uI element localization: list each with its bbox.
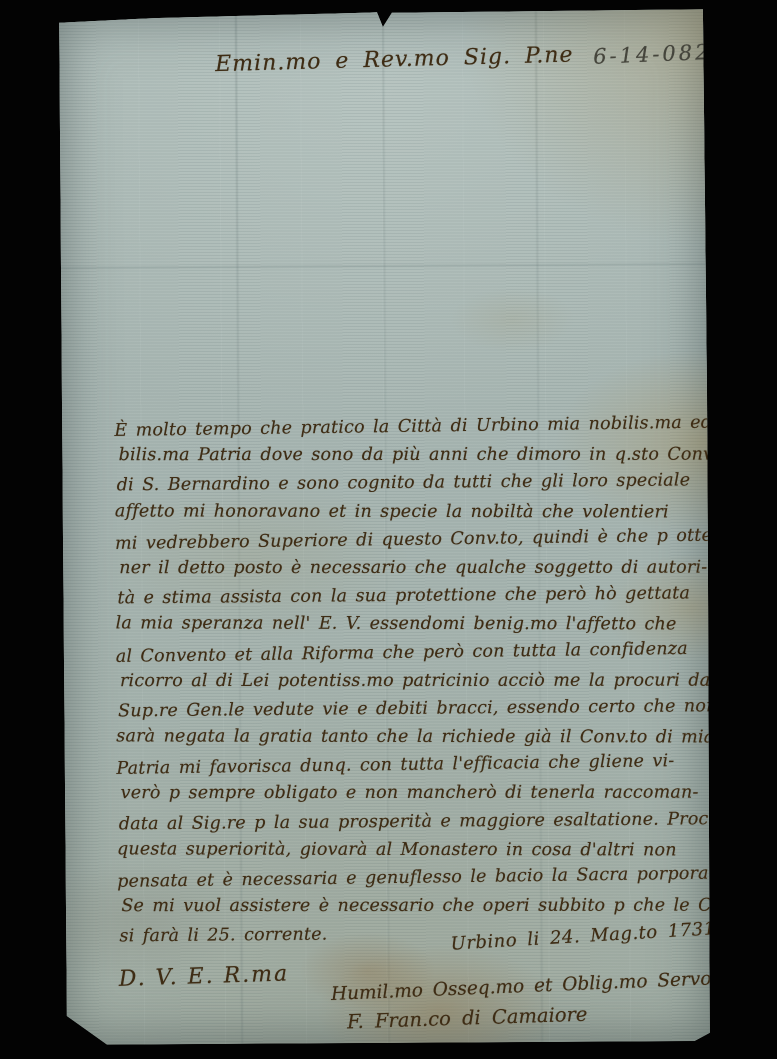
body-line: di S. Bernardino e sono cognito da tutti… xyxy=(117,471,689,504)
scan-background: 6-14-082 Emin.mo e Rev.mo Sig. P.ne È mo… xyxy=(0,0,777,1059)
body-line: la mia speranza nell' E. V. essendomi be… xyxy=(116,614,688,643)
body-line: Sup.re Gen.le vedute vie e debiti bracci… xyxy=(118,696,690,729)
body-line: pensata et è necessaria e genuflesso le … xyxy=(117,864,689,900)
archive-number: 6-14-082 xyxy=(593,40,712,69)
body-line: bilis.ma Patria dove sono da più anni ch… xyxy=(119,445,691,474)
body-line: data al Sig.re p la sua prosperità e mag… xyxy=(119,809,691,842)
letter-body: È molto tempo che pratico la Città di Ur… xyxy=(114,415,689,954)
letter-sheet-wrapper: 6-14-082 Emin.mo e Rev.mo Sig. P.ne È mo… xyxy=(57,9,711,1045)
valediction: D. V. E. R.ma xyxy=(118,961,289,991)
body-line: questa superiorità, giovarà al Monastero… xyxy=(117,839,689,868)
body-line: ner il detto posto è necessario che qual… xyxy=(119,558,691,587)
body-line: ricorro al di Lei potentiss.mo patricini… xyxy=(120,670,692,699)
body-line: mi vedrebbero Superiore di questo Conv.t… xyxy=(115,526,687,562)
signature-name: F. Fran.co di Camaiore xyxy=(347,1003,588,1034)
body-line: verò p sempre obligato e non mancherò di… xyxy=(121,783,693,812)
body-line: tà e stima assista con la sua protettion… xyxy=(117,584,689,617)
body-line: Se mi vuol assistere è necessario che op… xyxy=(121,896,693,925)
fold-crease-horizontal xyxy=(58,263,706,269)
body-line: affetto mi honoravano et in specie la no… xyxy=(115,501,687,530)
body-line: È molto tempo che pratico la Città di Ur… xyxy=(114,413,686,449)
salutation-line: Emin.mo e Rev.mo Sig. P.ne xyxy=(215,44,516,77)
letter-paper: 6-14-082 Emin.mo e Rev.mo Sig. P.ne È mo… xyxy=(57,9,711,1045)
body-line: al Convento et alla Riforma che però con… xyxy=(116,638,688,674)
